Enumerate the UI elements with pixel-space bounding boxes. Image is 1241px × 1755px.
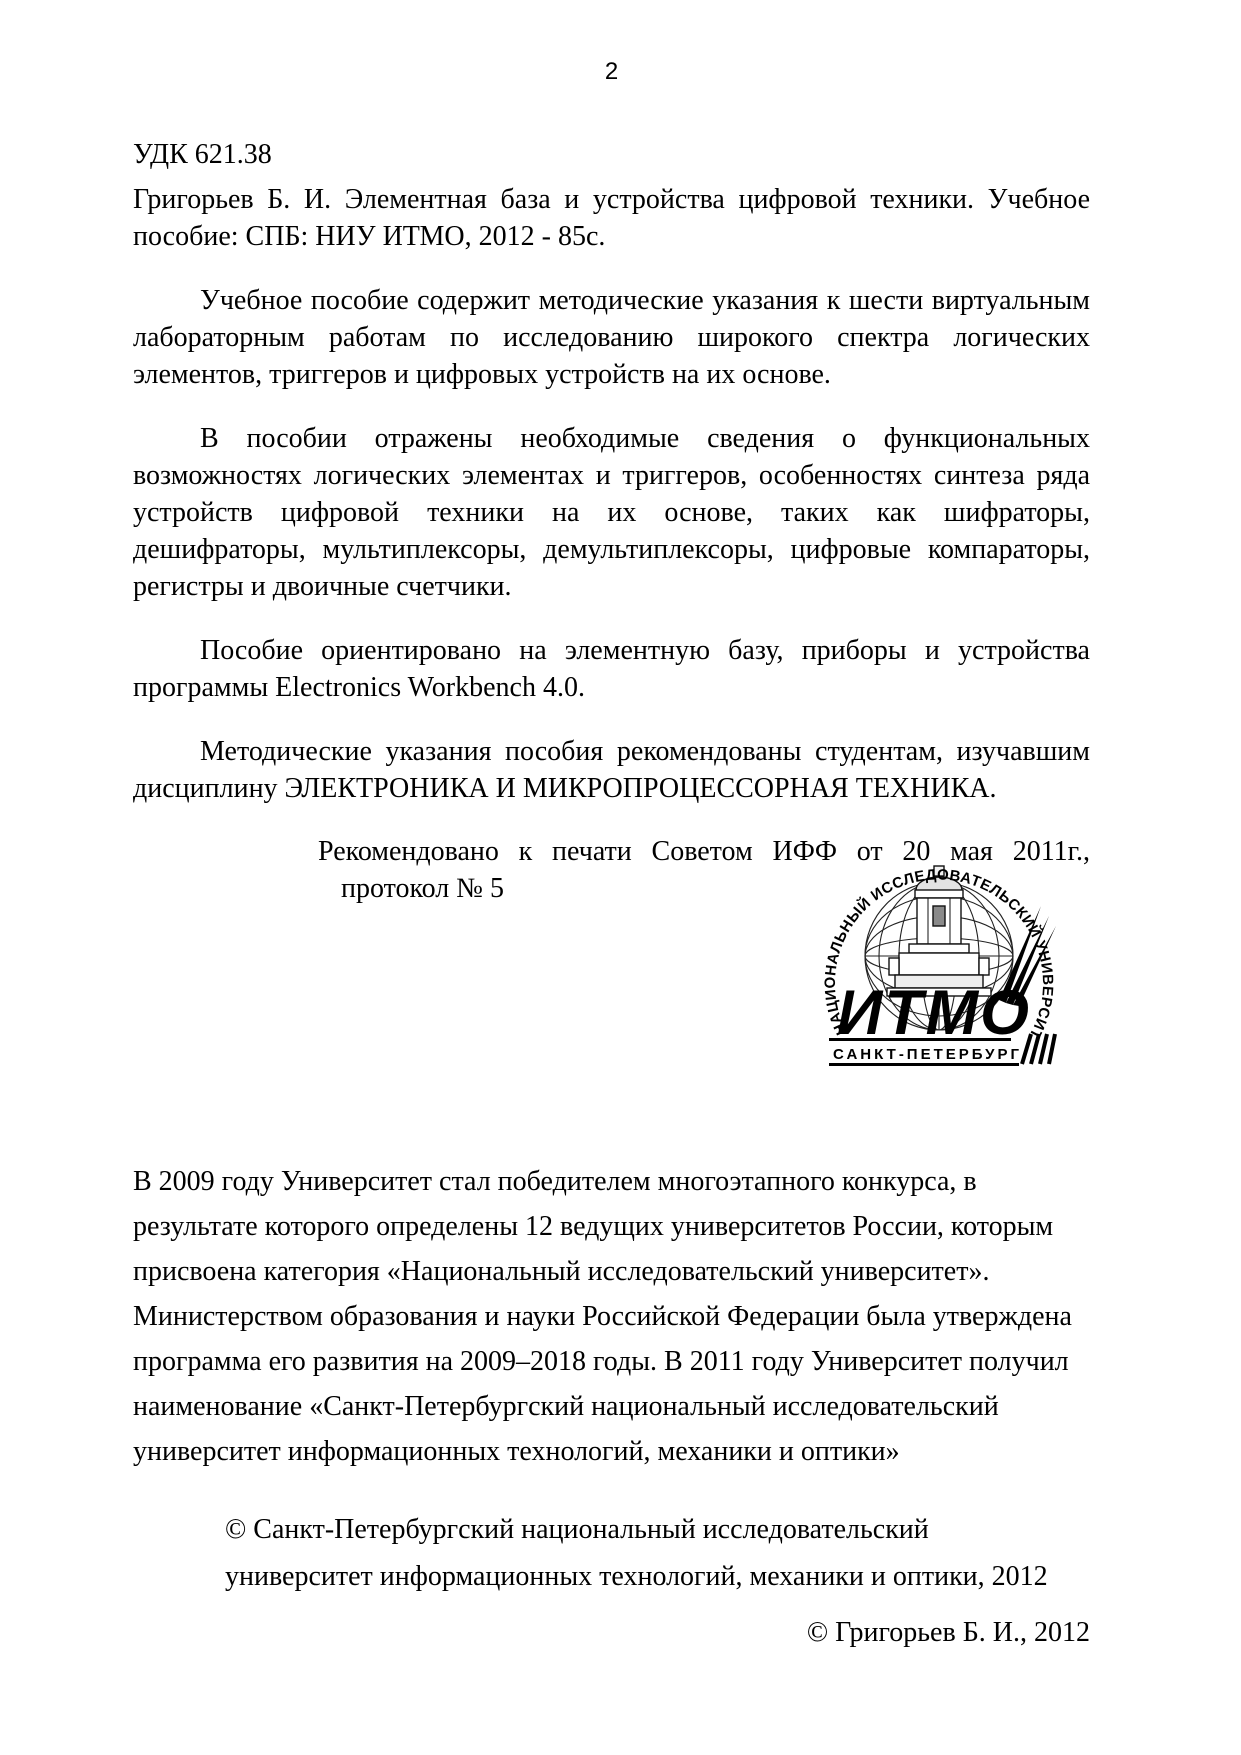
university-history-paragraph: В 2009 году Университет стал победителем…	[133, 1159, 1090, 1474]
udk-code: УДК 621.38	[133, 136, 1090, 173]
bibliographic-citation: Григорьев Б. И. Элементная база и устрой…	[133, 181, 1090, 255]
page-number: 2	[133, 0, 1090, 86]
university-copyright: © Санкт-Петербургский национальный иссле…	[225, 1506, 1090, 1600]
page-content: 2 УДК 621.38 Григорьев Б. И. Элементная …	[0, 0, 1241, 1651]
itmo-university-logo: НАЦИОНАЛЬНЫЙ ИССЛЕДОВАТЕЛЬСКИЙ УНИВЕРСИТ…	[803, 850, 1079, 1072]
university-copyright-line2: университет информационных технологий, м…	[225, 1553, 1090, 1600]
logo-city: САНКТ-ПЕТЕРБУРГ	[833, 1046, 1022, 1063]
paragraph-abstract: Учебное пособие содержит методические ук…	[133, 282, 1090, 393]
document-page: 2 УДК 621.38 Григорьев Б. И. Элементная …	[0, 0, 1241, 1755]
logo-acronym: ИТМО	[837, 978, 1031, 1048]
itmo-logo-graphic: НАЦИОНАЛЬНЫЙ ИССЛЕДОВАТЕЛЬСКИЙ УНИВЕРСИТ…	[803, 850, 1079, 1072]
author-copyright: © Григорьев Б. И., 2012	[133, 1614, 1090, 1651]
university-copyright-line1: © Санкт-Петербургский национальный иссле…	[225, 1506, 1090, 1553]
paragraph-audience: Методические указания пособия рекомендов…	[133, 733, 1090, 807]
paragraph-software: Пособие ориентировано на элементную базу…	[133, 632, 1090, 706]
paragraph-contents: В пособии отражены необходимые сведения …	[133, 420, 1090, 605]
